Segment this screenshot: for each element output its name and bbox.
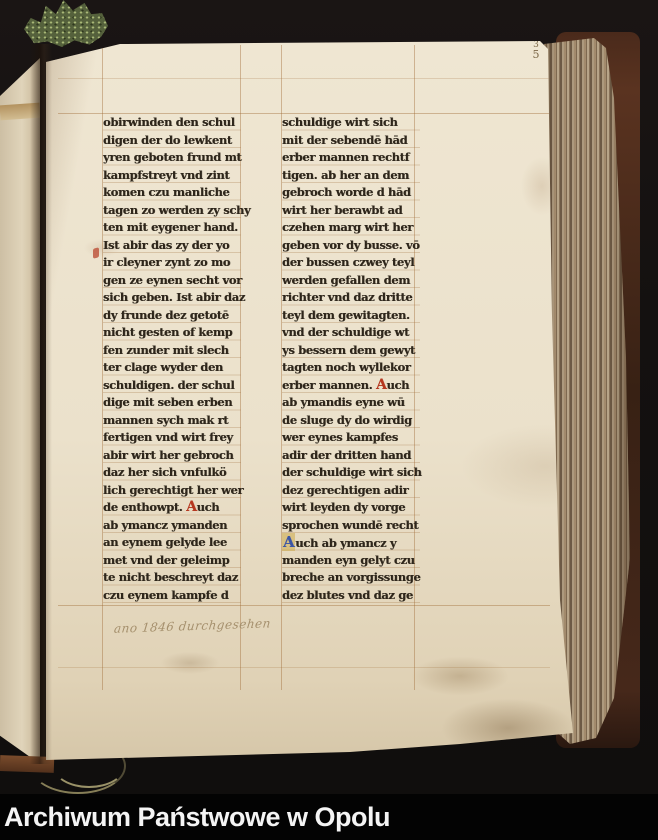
manuscript-text-line: Auch ab ymancz y: [282, 534, 420, 552]
manuscript-text-line: czu eynem kampfe d: [103, 587, 241, 605]
manuscript-text-line: yren geboten frund mt: [103, 149, 241, 167]
photo-backdrop: 3 5 obirwinden den schuldigen der do lew…: [0, 0, 658, 794]
ruling-horizontal-line: [58, 667, 550, 668]
manuscript-text-line: abir wirt her gebroch: [103, 447, 241, 465]
manuscript-text-line: obirwinden den schul: [103, 114, 241, 132]
manuscript-text-line: daz her sich vnfulkö: [103, 464, 241, 482]
manuscript-text-line: dez gerechtigen adir: [282, 482, 420, 500]
manuscript-text-line: richter vnd daz dritte: [282, 289, 420, 307]
manuscript-text-line: geben vor dy busse. vō: [282, 237, 420, 255]
manuscript-text-line: erber mannen. Auch: [282, 377, 420, 395]
blue-initial: A: [282, 533, 295, 551]
manuscript-text-line: der schuldige wirt sich: [282, 464, 420, 482]
manuscript-text-line: mit der sebendē hād: [282, 132, 420, 150]
text-segment: erber mannen.: [282, 378, 376, 392]
text-segment: uch: [386, 378, 409, 392]
manuscript-text-line: dy frunde dez getotē: [103, 307, 241, 325]
manuscript-text-line: gen ze eynen secht vor: [103, 272, 241, 290]
manuscript-text-line: sprochen wundē recht: [282, 517, 420, 535]
manuscript-text-line: schuldigen. der schul: [103, 377, 241, 395]
folio-number: 3 5: [526, 40, 546, 60]
manuscript-text-line: ten mit eygener hand.: [103, 219, 241, 237]
text-segment: de enthowpt.: [103, 500, 186, 514]
manuscript-text-line: adir der dritten hand: [282, 447, 420, 465]
manuscript-text-line: digen der do lewkent: [103, 132, 241, 150]
manuscript-text-line: Ist abir das zy der yo: [103, 237, 241, 255]
text-segment: uch: [197, 500, 220, 514]
red-margin-mark: [93, 247, 99, 259]
manuscript-text-line: nicht gesten of kemp: [103, 324, 241, 342]
manuscript-text-line: wirt her berawbt ad: [282, 202, 420, 220]
manuscript-text-line: schuldige wirt sich: [282, 114, 420, 132]
manuscript-text-line: breche an vorgissunge: [282, 569, 420, 587]
manuscript-text-line: tigen. ab her an dem: [282, 167, 420, 185]
manuscript-text-line: dez blutes vnd daz ge: [282, 587, 420, 605]
text-segment: uch ab ymancz y: [295, 536, 396, 550]
red-initial: A: [376, 377, 387, 393]
manuscript-column-left: obirwinden den schuldigen der do lewkent…: [103, 114, 241, 606]
manuscript-text-line: teyl dem gewitagten.: [282, 307, 420, 325]
manuscript-text-line: czehen marg wirt her: [282, 219, 420, 237]
manuscript-text-line: tagten noch wyllekor: [282, 359, 420, 377]
manuscript-text-line: ab ymandis eyne wū: [282, 394, 420, 412]
manuscript-page: 3 5 obirwinden den schuldigen der do lew…: [40, 36, 580, 766]
manuscript-text-line: ir cleyner zynt zo mo: [103, 254, 241, 272]
manuscript-text-line: de enthowpt. Auch: [103, 499, 241, 517]
manuscript-text-line: lich gerechtigt her wer: [103, 482, 241, 500]
manuscript-text-line: erber mannen rechtf: [282, 149, 420, 167]
manuscript-text-line: an eynem gelyde lee: [103, 534, 241, 552]
manuscript-text-line: ab ymancz ymanden: [103, 517, 241, 535]
manuscript-text-line: ys bessern dem gewyt: [282, 342, 420, 360]
archive-caption: Archiwum Państwowe w Opolu: [0, 802, 390, 833]
manuscript-text-line: dige mit seben erben: [103, 394, 241, 412]
manuscript-text-line: fen zunder mit slech: [103, 342, 241, 360]
manuscript-text-line: kampfstreyt vnd zint: [103, 167, 241, 185]
manuscript-text-line: wirt leyden dy vorge: [282, 499, 420, 517]
manuscript-text-line: fertigen vnd wirt frey: [103, 429, 241, 447]
manuscript-text-line: tagen zo werden zy schy: [103, 202, 241, 220]
red-initial: A: [186, 499, 197, 515]
manuscript-text-line: ter clage wyder den: [103, 359, 241, 377]
page-number: 5: [526, 50, 546, 60]
manuscript-text-line: gebroch worde d hād: [282, 184, 420, 202]
bookmark-tassel: [24, 0, 108, 47]
gutter-shadow: [30, 44, 52, 764]
caption-bar: Archiwum Państwowe w Opolu: [0, 794, 658, 840]
manuscript-column-right: schuldige wirt sichmit der sebendē hāder…: [282, 114, 420, 606]
manuscript-text-line: sich geben. Ist abir daz: [103, 289, 241, 307]
archive-photo-frame: 3 5 obirwinden den schuldigen der do lew…: [0, 0, 658, 840]
manuscript-text-line: manden eyn gelyt czu: [282, 552, 420, 570]
ruling-horizontal-line: [58, 78, 550, 79]
manuscript-text-line: wer eynes kampfes: [282, 429, 420, 447]
manuscript-text-line: komen czu manliche: [103, 184, 241, 202]
manuscript-text-line: de sluge dy do wirdig: [282, 412, 420, 430]
manuscript-text-line: met vnd der geleimp: [103, 552, 241, 570]
manuscript-text-line: der bussen czwey teyl: [282, 254, 420, 272]
manuscript-text-line: mannen sych mak rt: [103, 412, 241, 430]
manuscript-text-line: vnd der schuldige wt: [282, 324, 420, 342]
archivist-note: ano 1846 durchgesehen: [113, 616, 271, 636]
manuscript-text-line: te nicht beschreyt daz: [103, 569, 241, 587]
manuscript-text-line: werden gefallen dem: [282, 272, 420, 290]
